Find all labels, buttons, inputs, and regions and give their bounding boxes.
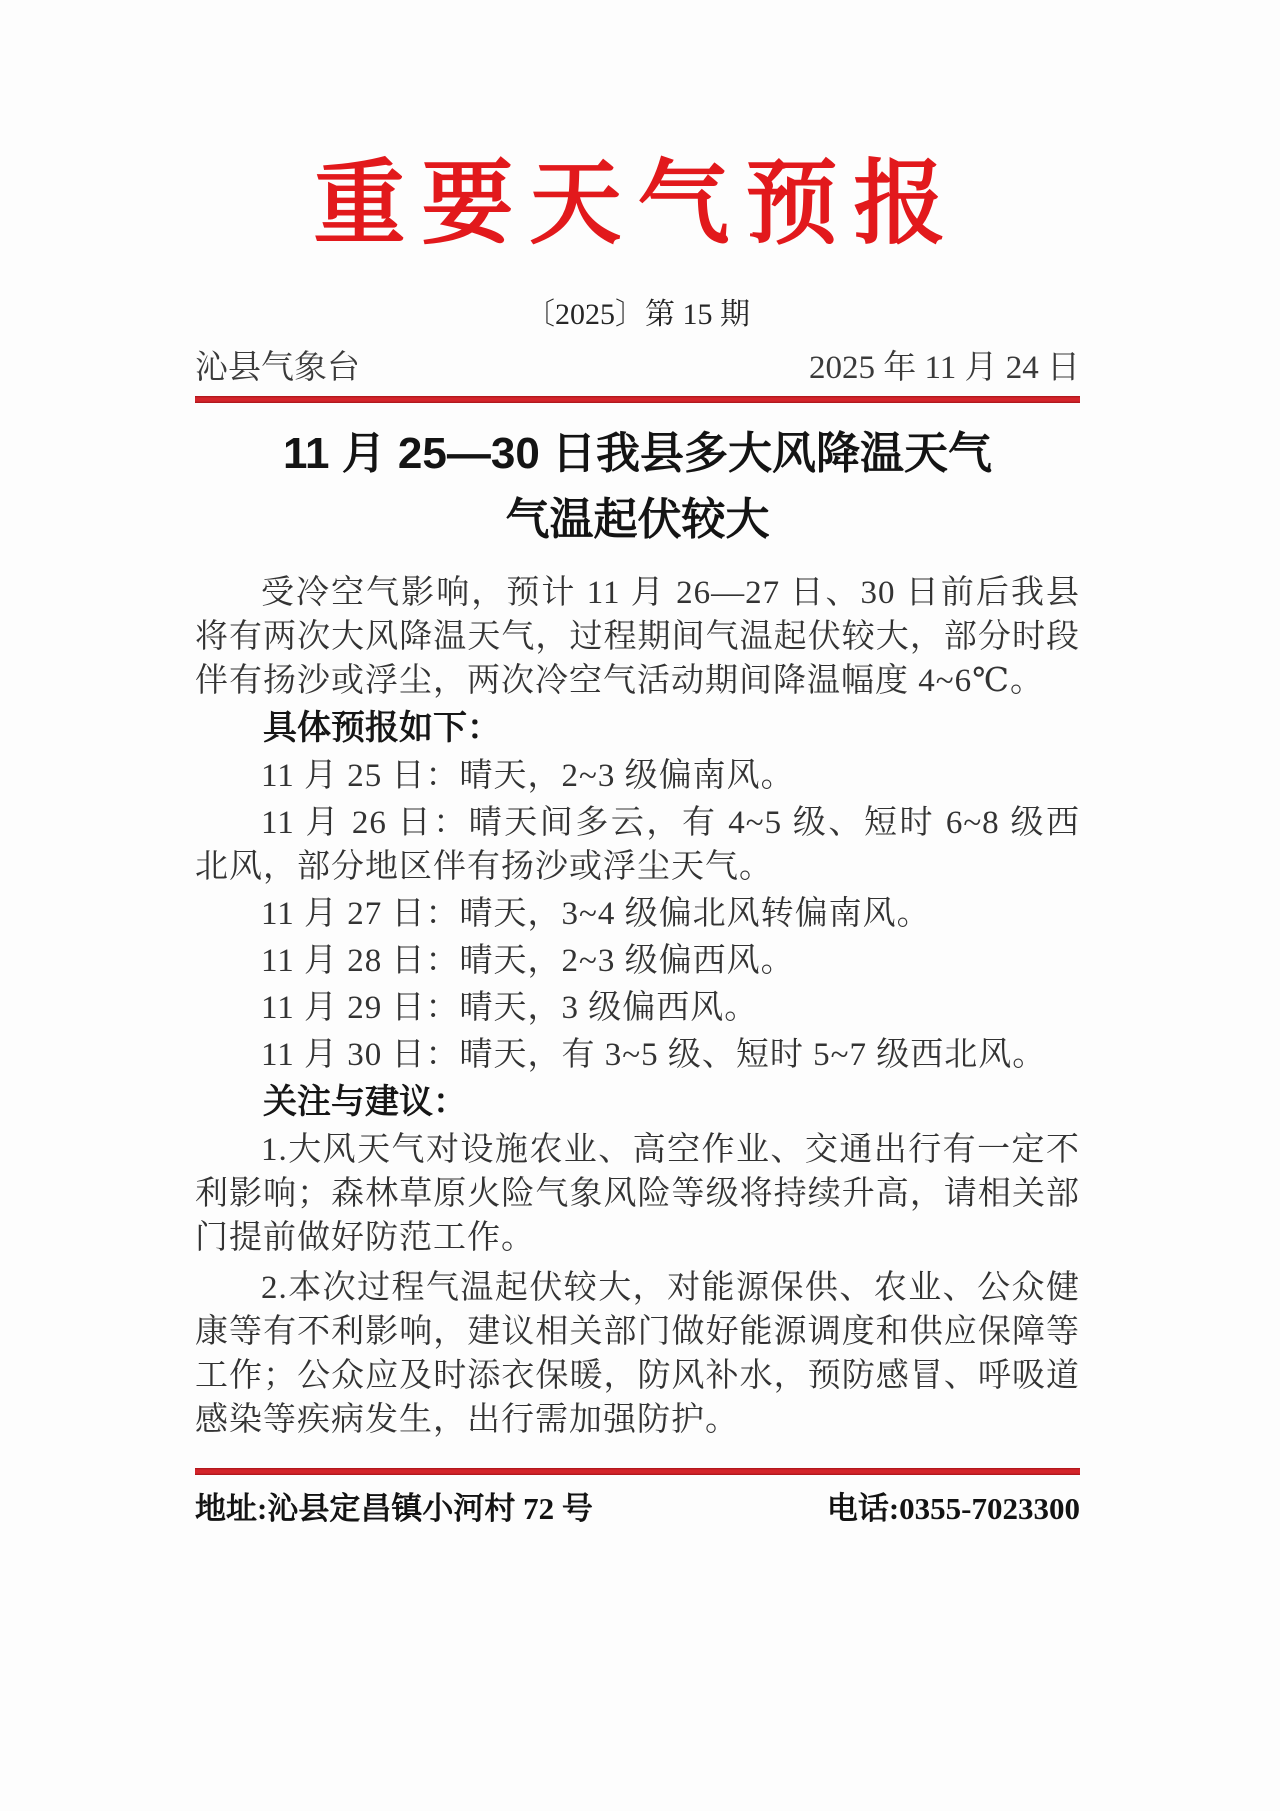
headline-line2: 气温起伏较大: [195, 487, 1080, 553]
forecast-item-nov29: 11 月 29 日：晴天，3 级偏西风。: [195, 986, 1080, 1030]
masthead-row: 沁县气象台 2025 年 11 月 24 日: [195, 348, 1080, 388]
intro-paragraph: 受冷空气影响，预计 11 月 26—27 日、30 日前后我县将有两次大风降温天…: [195, 571, 1080, 703]
forecast-section-label: 具体预报如下：: [195, 705, 1080, 751]
header-divider: [195, 396, 1080, 403]
issue-date: 2025 年 11 月 24 日: [809, 348, 1080, 388]
document-page: 重要天气预报 〔2025〕第 15 期 沁县气象台 2025 年 11 月 24…: [0, 0, 1280, 1811]
document-body: 受冷空气影响，预计 11 月 26—27 日、30 日前后我县将有两次大风降温天…: [195, 571, 1080, 1442]
forecast-item-nov25: 11 月 25 日：晴天，2~3 级偏南风。: [195, 754, 1080, 798]
issuing-agency: 沁县气象台: [195, 348, 360, 388]
forecast-item-nov30: 11 月 30 日：晴天，有 3~5 级、短时 5~7 级西北风。: [195, 1033, 1080, 1077]
forecast-item-nov26: 11 月 26 日：晴天间多云，有 4~5 级、短时 6~8 级西北风，部分地区…: [195, 801, 1080, 889]
footer-phone: 电话:0355-7023300: [827, 1488, 1080, 1530]
advice-section-label: 关注与建议：: [195, 1079, 1080, 1125]
headline: 11 月 25—30 日我县多大风降温天气 气温起伏较大: [195, 421, 1080, 553]
forecast-item-nov27: 11 月 27 日：晴天，3~4 级偏北风转偏南风。: [195, 892, 1080, 936]
footer-address: 地址:沁县定昌镇小河村 72 号: [195, 1488, 593, 1530]
headline-line1: 11 月 25—30 日我县多大风降温天气: [195, 421, 1080, 487]
footer-row: 地址:沁县定昌镇小河村 72 号 电话:0355-7023300: [195, 1488, 1080, 1530]
forecast-item-nov28: 11 月 28 日：晴天，2~3 级偏西风。: [195, 939, 1080, 983]
issue-number: 〔2025〕第 15 期: [195, 296, 1080, 334]
advice-item-2: 2.本次过程气温起伏较大，对能源保供、农业、公众健康等有不利影响，建议相关部门做…: [195, 1266, 1080, 1442]
document-title: 重要天气预报: [195, 0, 1080, 256]
advice-item-1: 1.大风天气对设施农业、高空作业、交通出行有一定不利影响；森林草原火险气象风险等…: [195, 1128, 1080, 1260]
footer-divider: [195, 1468, 1080, 1475]
document-content: 重要天气预报 〔2025〕第 15 期 沁县气象台 2025 年 11 月 24…: [195, 0, 1080, 1530]
